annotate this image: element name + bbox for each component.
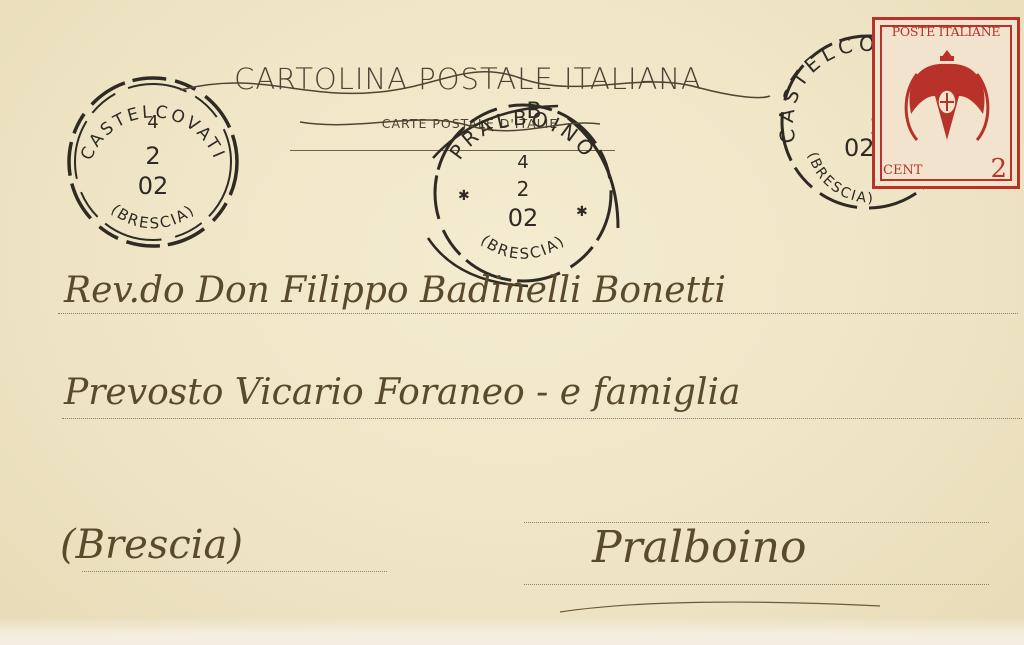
address-title: Prevosto Vicario Foraneo - e famiglia	[64, 372, 740, 413]
stamp-cent-label: CENT	[883, 163, 922, 178]
star-icon: ✱	[576, 204, 588, 220]
star-icon: ✱	[458, 188, 470, 204]
svg-text:(BRESCIA): (BRESCIA)	[107, 201, 198, 233]
postmark-month: 2	[517, 177, 530, 201]
postmark-day: 4	[147, 112, 158, 133]
eagle-icon	[897, 44, 997, 154]
stamp-value: 2	[990, 154, 1007, 184]
postmark-day: 4	[517, 152, 528, 173]
address-line-2	[62, 418, 1022, 419]
postmark-year: 02	[138, 172, 169, 200]
paper-edge-wear	[0, 617, 1024, 645]
postmark-extra-mark: B	[526, 99, 541, 124]
stamp-top-text: POSTE ITALIANE	[877, 24, 1015, 39]
address-province: (Brescia)	[60, 522, 243, 568]
address-line-3-right	[524, 584, 989, 585]
postmark-province: (BRESCIA)	[107, 201, 198, 233]
svg-text:CASTELCOVATI: CASTELCOVATI	[768, 22, 880, 145]
address-line-1	[58, 313, 1018, 314]
svg-text:(BRESCIA): (BRESCIA)	[477, 231, 569, 263]
postage-stamp: POSTE ITALIANE CENT 2	[872, 17, 1020, 189]
address-town: Pralboino	[592, 522, 807, 573]
address-recipient: Rev.do Don Filippo Badinelli Bonetti	[64, 270, 726, 311]
address-line-3-left	[82, 571, 387, 572]
postcard: CARTOLINA POSTALE ITALIANA CARTE POSTALE…	[0, 0, 1024, 645]
postmark-year: 02	[508, 204, 539, 232]
postmark-castelcovati: CASTELCOVATI (BRESCIA) 4 2 02	[58, 62, 248, 252]
postmark-pralboino: PRALBOINO (BRESCIA) B 4 2 02 ✱ ✱	[418, 88, 628, 288]
postmark-month: 2	[145, 142, 160, 170]
postmark-town: CASTELCOVATI	[768, 22, 880, 145]
postmark-province: (BRESCIA)	[477, 231, 569, 263]
